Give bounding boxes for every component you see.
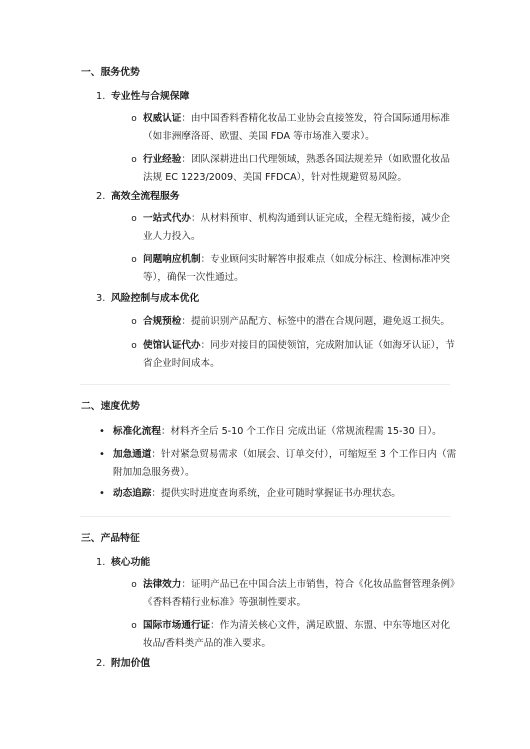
item-lead: 合规预检	[143, 316, 181, 327]
item-lead: 动态追踪	[113, 488, 151, 499]
disc-bullet-icon: •	[97, 485, 107, 503]
document-page: 一、服务优势 1.专业性与合规保障 o 权威认证：由中国香料香精化妆品工业协会直…	[0, 0, 530, 749]
subsection-heading: 1.核心功能	[96, 556, 150, 570]
item-lead: 一站式代办	[143, 213, 191, 224]
subsection-title: 附加价值	[111, 658, 150, 669]
list-item: • 加急通道：针对紧急贸易需求（如展会、订单交付），可缩短至 3 个工作日内（需…	[113, 446, 457, 482]
item-text: ：证明产品已在中国合法上市销售，符合《化妆品监督管理条例》《香料香精行业标准》等…	[143, 579, 455, 608]
list-item: • 标准化流程：材料齐全后 5-10 个工作日 完成出证（常规流程需 15-30…	[113, 423, 457, 441]
section-heading-product-features: 三、产品特征	[81, 532, 140, 546]
subsection-title: 专业性与合规保障	[111, 91, 189, 102]
circle-bullet-icon: o	[129, 110, 139, 128]
circle-bullet-icon: o	[129, 251, 139, 269]
subsection-title: 高效全流程服务	[111, 191, 180, 202]
item-text: ：针对紧急贸易需求（如展会、订单交付），可缩短至 3 个工作日内（需附加加急服务…	[113, 449, 456, 478]
subsection-number: 3.	[96, 292, 111, 306]
subsection-heading: 1.专业性与合规保障	[96, 90, 189, 104]
item-lead: 行业经验	[143, 154, 181, 165]
item-lead: 问题响应机制	[143, 254, 201, 265]
subsection-number: 1.	[96, 90, 111, 104]
subsection-title: 核心功能	[111, 557, 150, 568]
list-item: o 合规预检：提前识别产品配方、标签中的潜在合规问题，避免返工损失。	[143, 313, 455, 331]
section-heading-speed-advantages: 二、速度优势	[81, 400, 140, 414]
circle-bullet-icon: o	[129, 210, 139, 228]
list-item: • 动态追踪：提供实时进度查询系统，企业可随时掌握证书办理状态。	[113, 485, 457, 503]
subsection-heading: 3.风险控制与成本优化	[96, 292, 199, 306]
item-lead: 国际市场通行证	[143, 620, 210, 631]
list-item: o 权威认证：由中国香料香精化妆品工业协会直接签发，符合国际通用标准（如非洲摩洛…	[143, 110, 455, 146]
section-divider	[80, 516, 450, 517]
section-heading-service-advantages: 一、服务优势	[81, 66, 140, 80]
list-item: o 行业经验：团队深耕进出口代理领域，熟悉各国法规差异（如欧盟化妆品法规 EC …	[143, 151, 455, 187]
circle-bullet-icon: o	[129, 576, 139, 594]
subsection-heading: 2.附加价值	[96, 657, 150, 671]
item-text: ：提供实时进度查询系统，企业可随时掌握证书办理状态。	[151, 488, 400, 499]
item-lead: 使馆认证代办	[143, 340, 201, 351]
item-text: ：提前识别产品配方、标签中的潜在合规问题，避免返工损失。	[181, 316, 450, 327]
circle-bullet-icon: o	[129, 617, 139, 635]
circle-bullet-icon: o	[129, 337, 139, 355]
circle-bullet-icon: o	[129, 151, 139, 169]
circle-bullet-icon: o	[129, 313, 139, 331]
item-text: ：团队深耕进出口代理领域，熟悉各国法规差异（如欧盟化妆品法规 EC 1223/2…	[143, 154, 450, 183]
disc-bullet-icon: •	[97, 423, 107, 441]
list-item: o 国际市场通行证：作为清关核心文件，满足欧盟、东盟、中东等地区对化妆品/香料类…	[143, 617, 455, 653]
list-item: o 问题响应机制：专业顾问实时解答申报难点（如成分标注、检测标准冲突等），确保一…	[143, 251, 455, 287]
list-item: o 一站式代办：从材料预审、机构沟通到认证完成，全程无缝衔接，减少企业人力投入。	[143, 210, 455, 246]
disc-bullet-icon: •	[97, 446, 107, 464]
subsection-number: 2.	[96, 190, 111, 204]
subsection-heading: 2.高效全流程服务	[96, 190, 180, 204]
item-lead: 权威认证	[143, 113, 181, 124]
item-text: ：材料齐全后 5-10 个工作日 完成出证（常规流程需 15-30 日）。	[161, 426, 442, 437]
item-lead: 标准化流程	[113, 426, 161, 437]
list-item: o 法律效力：证明产品已在中国合法上市销售，符合《化妆品监督管理条例》《香料香精…	[143, 576, 455, 612]
section-divider	[80, 384, 450, 385]
subsection-title: 风险控制与成本优化	[111, 293, 199, 304]
item-lead: 加急通道	[113, 449, 151, 460]
subsection-number: 2.	[96, 657, 111, 671]
subsection-number: 1.	[96, 556, 111, 570]
item-lead: 法律效力	[143, 579, 181, 590]
item-text: ：由中国香料香精化妆品工业协会直接签发，符合国际通用标准（如非洲摩洛哥、欧盟、美…	[143, 113, 450, 142]
list-item: o 使馆认证代办：同步对接目的国使领馆，完成附加认证（如海牙认证），节省企业时间…	[143, 337, 455, 373]
